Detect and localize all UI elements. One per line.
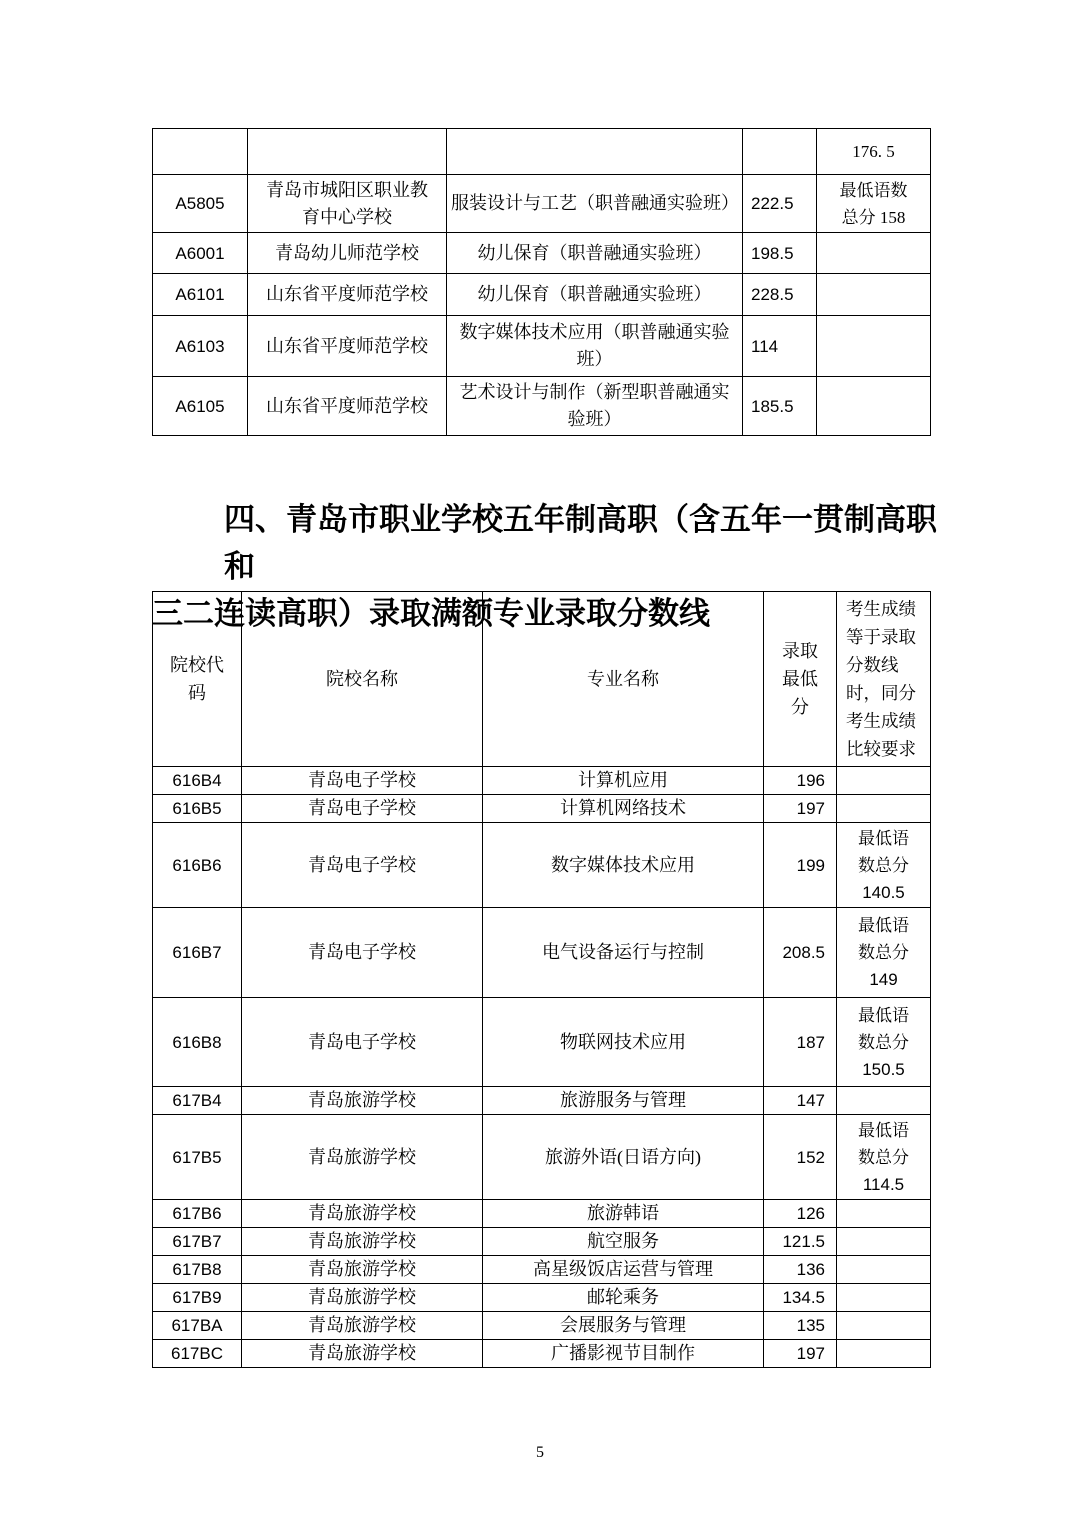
score-cell: 185.5 [743,377,817,436]
note-cell [817,233,931,274]
code-cell: A5805 [153,175,248,233]
score-cell: 187 [764,998,837,1087]
score-cell: 208.5 [764,908,837,998]
school-cell: 青岛幼儿师范学校 [248,233,447,274]
major-cell [447,129,743,175]
school-cell: 山东省平度师范学校 [248,274,447,316]
code-cell: 617B4 [153,1087,242,1115]
code-cell: 617BA [153,1312,242,1340]
code-cell: A6103 [153,316,248,377]
major-cell: 艺术设计与制作（新型职普融通实 验班） [447,377,743,436]
school-cell: 青岛旅游学校 [242,1200,483,1228]
table-row: A6101 山东省平度师范学校 幼儿保育（职普融通实验班） 228.5 [153,274,931,316]
major-cell: 计算机应用 [483,767,764,795]
section-heading-line-1: 四、青岛市职业学校五年制高职（含五年一贯制高职和 [152,496,952,590]
school-cell: 青岛旅游学校 [242,1256,483,1284]
code-cell: 617B7 [153,1228,242,1256]
major-cell: 高星级饭店运营与管理 [483,1256,764,1284]
note-cell [837,1312,931,1340]
table-row: 616B6 青岛电子学校 数字媒体技术应用 199 最低语 数总分 140.5 [153,823,931,908]
table-row: 617B8 青岛旅游学校 高星级饭店运营与管理 136 [153,1256,931,1284]
table-row: A6001 青岛幼儿师范学校 幼儿保育（职普融通实验班） 198.5 [153,233,931,274]
header-tiebreak-note: 考生成绩 等于录取 分数线 时，同分 考生成绩 比较要求 [837,592,931,767]
code-cell: 617B9 [153,1284,242,1312]
code-cell: 616B7 [153,908,242,998]
school-cell: 山东省平度师范学校 [248,377,447,436]
major-cell: 邮轮乘务 [483,1284,764,1312]
code-cell: 617B5 [153,1115,242,1200]
code-cell: 616B8 [153,998,242,1087]
table-row: A5805 青岛市城阳区职业教 育中心学校 服装设计与工艺（职普融通实验班） 2… [153,175,931,233]
school-cell: 青岛电子学校 [242,908,483,998]
major-cell: 旅游服务与管理 [483,1087,764,1115]
major-cell: 幼儿保育（职普融通实验班） [447,274,743,316]
note-cell [817,316,931,377]
score-cell: 197 [764,1340,837,1368]
note-cell [837,1340,931,1368]
table-row: 616B4 青岛电子学校 计算机应用 196 [153,767,931,795]
score-cell: 152 [764,1115,837,1200]
code-cell: A6105 [153,377,248,436]
school-cell: 青岛电子学校 [242,823,483,908]
table-row: A6103 山东省平度师范学校 数字媒体技术应用（职普融通实验 班） 114 [153,316,931,377]
table-header-row: 院校代 码 院校名称 专业名称 录取 最低 分 考生成绩 等于录取 分数线 时，… [153,592,931,767]
score-cell: 147 [764,1087,837,1115]
header-school-name: 院校名称 [242,592,483,767]
code-cell: A6001 [153,233,248,274]
school-cell: 青岛旅游学校 [242,1228,483,1256]
table-row: A6105 山东省平度师范学校 艺术设计与制作（新型职普融通实 验班） 185.… [153,377,931,436]
major-cell: 航空服务 [483,1228,764,1256]
code-cell: 617BC [153,1340,242,1368]
note-cell: 最低语 数总分 114.5 [837,1115,931,1200]
school-cell: 青岛旅游学校 [242,1340,483,1368]
table-row: 176. 5 [153,129,931,175]
school-cell: 青岛电子学校 [242,795,483,823]
table-row: 616B8 青岛电子学校 物联网技术应用 187 最低语 数总分 150.5 [153,998,931,1087]
major-cell: 电气设备运行与控制 [483,908,764,998]
score-cell: 222.5 [743,175,817,233]
note-cell [837,1200,931,1228]
table-row: 616B7 青岛电子学校 电气设备运行与控制 208.5 最低语 数总分 149 [153,908,931,998]
continued-admission-table: 176. 5 A5805 青岛市城阳区职业教 育中心学校 服装设计与工艺（职普融… [152,128,931,436]
note-cell [817,274,931,316]
header-min-score: 录取 最低 分 [764,592,837,767]
table-row: 617B9 青岛旅游学校 邮轮乘务 134.5 [153,1284,931,1312]
note-cell: 最低语 数总分 150.5 [837,998,931,1087]
major-cell: 数字媒体技术应用 [483,823,764,908]
note-cell [817,377,931,436]
score-cell: 134.5 [764,1284,837,1312]
document-page: 176. 5 A5805 青岛市城阳区职业教 育中心学校 服装设计与工艺（职普融… [0,0,1080,1527]
school-cell: 青岛市城阳区职业教 育中心学校 [248,175,447,233]
page-number: 5 [0,1442,1080,1464]
note-cell [837,1284,931,1312]
code-cell: 617B8 [153,1256,242,1284]
code-cell: 616B4 [153,767,242,795]
score-cell: 126 [764,1200,837,1228]
major-cell: 幼儿保育（职普融通实验班） [447,233,743,274]
table-row: 617B6 青岛旅游学校 旅游韩语 126 [153,1200,931,1228]
table-row: 616B5 青岛电子学校 计算机网络技术 197 [153,795,931,823]
note-cell [837,1228,931,1256]
table-row: 617BC 青岛旅游学校 广播影视节目制作 197 [153,1340,931,1368]
school-cell: 青岛旅游学校 [242,1087,483,1115]
major-cell: 旅游韩语 [483,1200,764,1228]
score-cell: 135 [764,1312,837,1340]
table-row: 617B4 青岛旅游学校 旅游服务与管理 147 [153,1087,931,1115]
table-row: 617B7 青岛旅游学校 航空服务 121.5 [153,1228,931,1256]
note-cell: 最低语 数总分 149 [837,908,931,998]
major-cell: 数字媒体技术应用（职普融通实验 班） [447,316,743,377]
note-cell: 最低语数 总分 158 [817,175,931,233]
code-cell [153,129,248,175]
note-cell: 最低语 数总分 140.5 [837,823,931,908]
five-year-higher-vocational-table: 院校代 码 院校名称 专业名称 录取 最低 分 考生成绩 等于录取 分数线 时，… [152,591,931,1368]
note-cell [837,795,931,823]
school-cell: 青岛旅游学校 [242,1312,483,1340]
table-row: 617B5 青岛旅游学校 旅游外语(日语方向) 152 最低语 数总分 114.… [153,1115,931,1200]
code-cell: A6101 [153,274,248,316]
major-cell: 计算机网络技术 [483,795,764,823]
code-cell: 616B5 [153,795,242,823]
school-cell: 青岛旅游学校 [242,1115,483,1200]
school-cell: 山东省平度师范学校 [248,316,447,377]
score-cell: 197 [764,795,837,823]
score-cell: 199 [764,823,837,908]
school-cell: 青岛电子学校 [242,767,483,795]
note-cell [837,1256,931,1284]
score-cell [743,129,817,175]
code-cell: 617B6 [153,1200,242,1228]
school-cell [248,129,447,175]
table-row: 617BA 青岛旅游学校 会展服务与管理 135 [153,1312,931,1340]
note-cell [837,1087,931,1115]
score-cell: 114 [743,316,817,377]
header-major-name: 专业名称 [483,592,764,767]
header-school-code: 院校代 码 [153,592,242,767]
school-cell: 青岛电子学校 [242,998,483,1087]
score-cell: 196 [764,767,837,795]
score-cell: 198.5 [743,233,817,274]
note-cell: 176. 5 [817,129,931,175]
major-cell: 会展服务与管理 [483,1312,764,1340]
major-cell: 服装设计与工艺（职普融通实验班） [447,175,743,233]
code-cell: 616B6 [153,823,242,908]
major-cell: 广播影视节目制作 [483,1340,764,1368]
score-cell: 121.5 [764,1228,837,1256]
note-cell [837,767,931,795]
school-cell: 青岛旅游学校 [242,1284,483,1312]
major-cell: 旅游外语(日语方向) [483,1115,764,1200]
major-cell: 物联网技术应用 [483,998,764,1087]
score-cell: 228.5 [743,274,817,316]
score-cell: 136 [764,1256,837,1284]
